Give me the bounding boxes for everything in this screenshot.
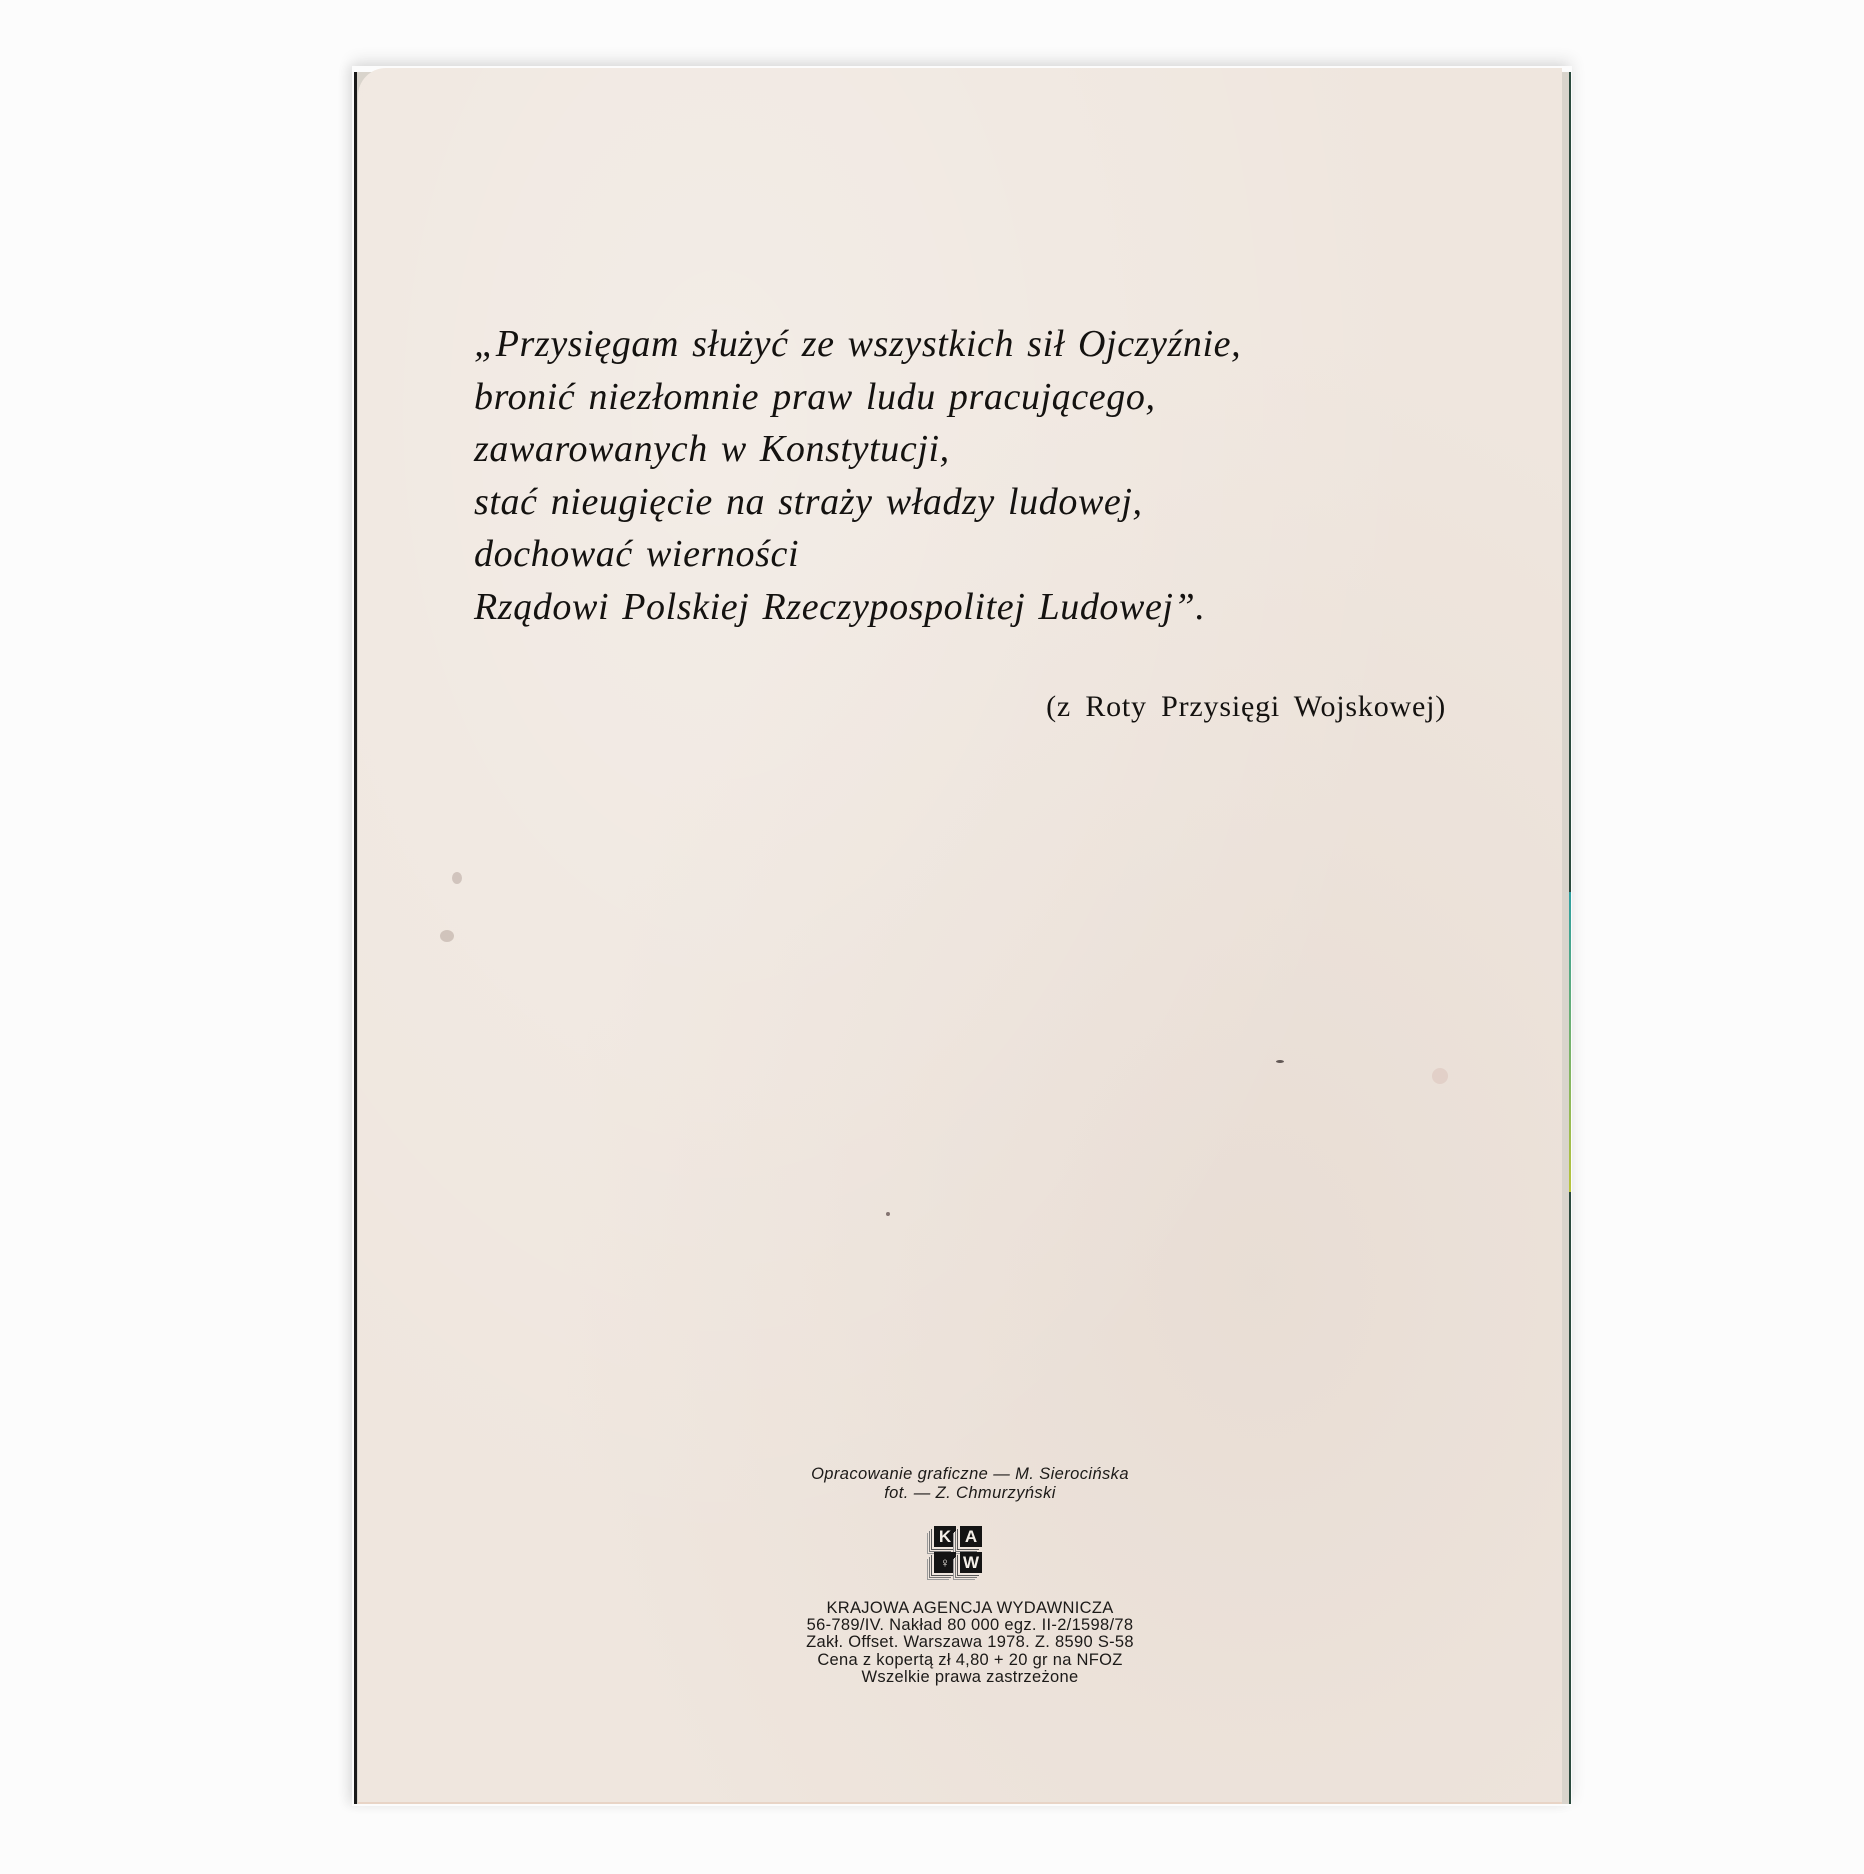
publisher-name: KRAJOWA AGENCJA WYDAWNICZA [700, 1600, 1240, 1617]
photo-credit: fot. — Z. Chmurzyński [700, 1484, 1240, 1503]
oath-line: zawarowanych w Konstytucji, [474, 423, 1241, 476]
oath-line: bronić niezłomnie praw ludu pracującego, [474, 371, 1241, 424]
kaw-publisher-logo-icon: K A ♀ W [920, 1526, 982, 1578]
publisher-imprint: KRAJOWA AGENCJA WYDAWNICZA 56-789/IV. Na… [700, 1600, 1240, 1686]
credits: Opracowanie graficzne — M. Sierocińska f… [700, 1465, 1240, 1503]
paper-stain [886, 1212, 890, 1216]
oath-line: stać nieugięcie na straży władzy ludowej… [474, 476, 1241, 529]
paper-stain [1276, 1060, 1284, 1063]
logo-tile-k: K [934, 1526, 956, 1547]
paper-stain [452, 872, 462, 884]
oath-quote: „Przysięgam służyć ze wszystkich sił Ojc… [474, 318, 1241, 633]
logo-tile-emblem-icon: ♀ [934, 1552, 956, 1573]
quote-source: (z Roty Przysięgi Wojskowej) [970, 690, 1446, 724]
logo-tile-w: W [960, 1552, 982, 1573]
print-run-info: 56-789/IV. Nakład 80 000 egz. II-2/1598/… [700, 1617, 1240, 1634]
paper-stain [440, 930, 454, 942]
oath-line: dochować wierności [474, 528, 1241, 581]
copyright-notice: Wszelkie prawa zastrzeżone [700, 1669, 1240, 1686]
design-credit: Opracowanie graficzne — M. Sierocińska [700, 1465, 1240, 1484]
printing-house-info: Zakł. Offset. Warszawa 1978. Z. 8590 S-5… [700, 1634, 1240, 1651]
logo-tile-a: A [960, 1526, 982, 1547]
price-info: Cena z kopertą zł 4,80 + 20 gr na NFOZ [700, 1652, 1240, 1669]
oath-line: Rządowi Polskiej Rzeczypospolitej Ludowe… [474, 581, 1241, 634]
oath-line: „Przysięgam służyć ze wszystkich sił Ojc… [474, 318, 1241, 371]
paper-stain [1432, 1068, 1448, 1084]
